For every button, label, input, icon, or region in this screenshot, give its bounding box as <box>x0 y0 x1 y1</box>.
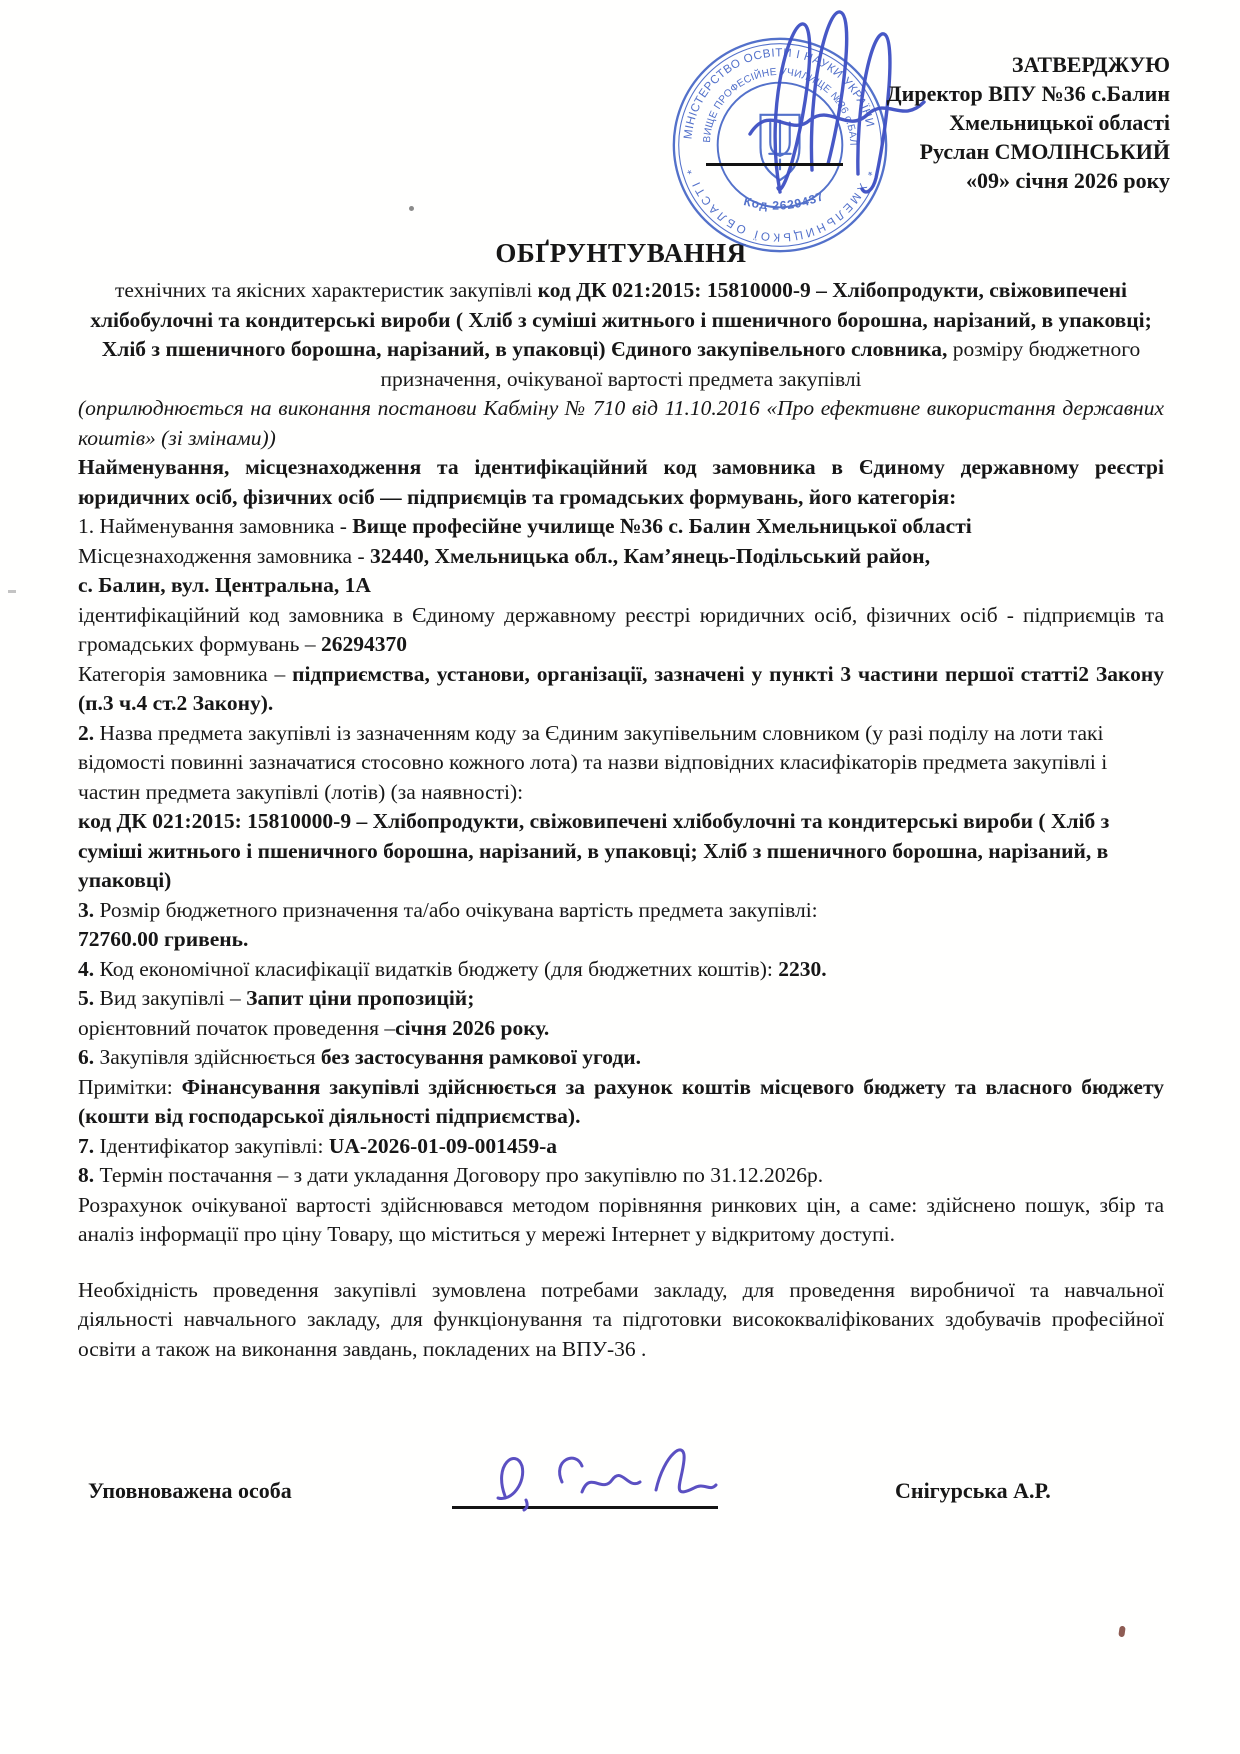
text-segment: 2230. <box>778 957 826 981</box>
approval-signature-row: Руслан СМОЛІНСЬКИЙ <box>650 137 1170 166</box>
scan-speck <box>8 590 16 593</box>
text-segment: 4. <box>78 957 94 981</box>
approval-position: Директор ВПУ №36 с.Балин <box>650 79 1170 108</box>
paragraph: 3. Розмір бюджетного призначення та/або … <box>78 896 1164 926</box>
text-segment: 1. Найменування замовника - <box>78 514 352 538</box>
paragraph: 2. Назва предмета закупівлі із зазначенн… <box>78 719 1164 808</box>
paragraph: (оприлюднюється на виконання постанови К… <box>78 394 1164 453</box>
text-segment: січня 2026 року. <box>395 1016 549 1040</box>
approval-region: Хмельницької області <box>650 108 1170 137</box>
paragraph: с. Балин, вул. Центральна, 1А <box>78 571 1164 601</box>
paragraph: 72760.00 гривень. <box>78 925 1164 955</box>
text-segment: технічних та якісних характеристик закуп… <box>115 278 538 302</box>
approval-director-name: Руслан СМОЛІНСЬКИЙ <box>920 137 1170 166</box>
paragraph: код ДК 021:2015: 15810000-9 – Хлібопроду… <box>78 807 1164 896</box>
text-segment: Розрахунок очікуваної вартості здійснюва… <box>78 1193 1164 1247</box>
text-segment: код ДК 021:2015: 15810000-9 – Хлібопроду… <box>78 809 1109 892</box>
signature-blank-line <box>706 143 843 166</box>
paragraph: Найменування, місцезнаходження та іденти… <box>78 453 1164 512</box>
scan-speck <box>1118 1626 1125 1638</box>
paragraph: 7. Ідентифікатор закупівлі: UA-2026-01-0… <box>78 1132 1164 1162</box>
paragraph: 8. Термін постачання – з дати укладання … <box>78 1161 1164 1191</box>
text-segment: Фінансування закупівлі здійснюється за р… <box>78 1075 1164 1129</box>
text-segment: Ідентифікатор закупівлі: <box>94 1134 329 1158</box>
text-segment: Закупівля здійснюється <box>94 1045 321 1069</box>
approval-heading: ЗАТВЕРДЖУЮ <box>650 50 1170 79</box>
paragraph: 4. Код економічної класифікації видатків… <box>78 955 1164 985</box>
text-segment: 7. <box>78 1134 94 1158</box>
scan-speck <box>409 206 414 211</box>
text-segment: орієнтовний початок проведення – <box>78 1016 395 1040</box>
text-segment: без застосування рамкової угоди. <box>321 1045 641 1069</box>
authorized-person-pen-signature <box>460 1438 720 1522</box>
text-segment: 32440, Хмельницька обл., Кам’янець-Поділ… <box>370 544 930 568</box>
authorized-person-name: Снігурська А.Р. <box>895 1478 1051 1504</box>
text-segment: UA-2026-01-09-001459-a <box>329 1134 557 1158</box>
text-segment: Запит ціни пропозицій; <box>246 986 474 1010</box>
paragraph: Категорія замовника – підприємства, уста… <box>78 660 1164 719</box>
text-segment: Категорія замовника – <box>78 662 292 686</box>
text-segment: 6. <box>78 1045 94 1069</box>
text-segment: Термін постачання – з дати укладання Дог… <box>94 1163 823 1187</box>
text-segment: 5. <box>78 986 94 1010</box>
document-content: ОБҐРУНТУВАННЯ технічних та якісних харак… <box>78 236 1164 1364</box>
text-segment: (оприлюднюється на виконання постанови К… <box>78 396 1164 450</box>
authorized-person-label: Уповноважена особа <box>88 1478 292 1504</box>
paragraph: Місцезнаходження замовника - 32440, Хмел… <box>78 542 1164 572</box>
text-segment: Необхідність проведення закупівлі зумовл… <box>78 1278 1164 1361</box>
paragraph: Необхідність проведення закупівлі зумовл… <box>78 1276 1164 1365</box>
text-segment: Найменування, місцезнаходження та іденти… <box>78 455 1164 509</box>
text-segment: Примітки: <box>78 1075 182 1099</box>
text-segment: ідентифікаційний код замовника в Єдиному… <box>78 603 1164 657</box>
document-body: технічних та якісних характеристик закуп… <box>78 276 1164 1364</box>
paragraph: орієнтовний початок проведення –січня 20… <box>78 1014 1164 1044</box>
approval-date: «09» січня 2026 року <box>650 166 1170 195</box>
paragraph: ідентифікаційний код замовника в Єдиному… <box>78 601 1164 660</box>
text-segment: Вид закупівлі – <box>94 986 246 1010</box>
page-title: ОБҐРУНТУВАННЯ <box>78 236 1164 270</box>
text-segment: Місцезнаходження замовника - <box>78 544 370 568</box>
text-segment: 8. <box>78 1163 94 1187</box>
paragraph: Примітки: Фінансування закупівлі здійсню… <box>78 1073 1164 1132</box>
scanned-document-page: МІНІСТЕРСТВО ОСВІТИ І НАУКИ УКРАЇНИ * ХМ… <box>0 0 1240 1754</box>
text-segment: Розмір бюджетного призначення та/або очі… <box>94 898 818 922</box>
text-segment: 26294370 <box>321 632 407 656</box>
approval-block: ЗАТВЕРДЖУЮ Директор ВПУ №36 с.Балин Хмел… <box>650 50 1170 195</box>
paragraph: 6. Закупівля здійснюється без застосуван… <box>78 1043 1164 1073</box>
text-segment: 3. <box>78 898 94 922</box>
paragraph: 5. Вид закупівлі – Запит ціни пропозицій… <box>78 984 1164 1014</box>
text-segment: 2. <box>78 721 94 745</box>
paragraph: Розрахунок очікуваної вартості здійснюва… <box>78 1191 1164 1250</box>
paragraph: технічних та якісних характеристик закуп… <box>78 276 1164 394</box>
text-segment: Вище професійне училище №36 с. Балин Хме… <box>352 514 971 538</box>
text-segment: Назва предмета закупівлі із зазначенням … <box>78 721 1107 804</box>
text-segment: с. Балин, вул. Центральна, 1А <box>78 573 371 597</box>
text-segment: 72760.00 гривень. <box>78 927 248 951</box>
text-segment: Код економічної класифікації видатків бю… <box>94 957 778 981</box>
paragraph: 1. Найменування замовника - Вище професі… <box>78 512 1164 542</box>
